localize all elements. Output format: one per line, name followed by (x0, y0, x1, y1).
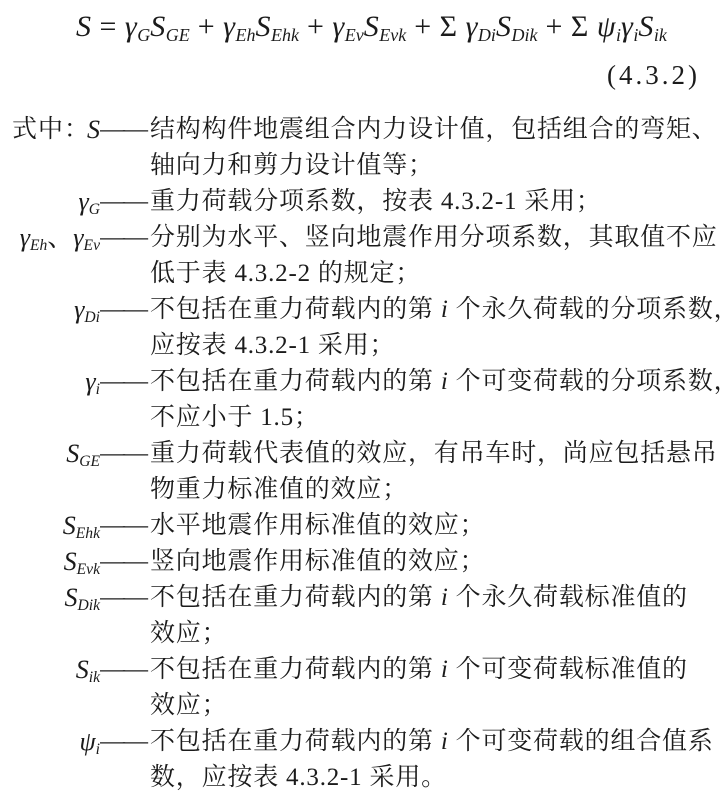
term-dash: —— (100, 112, 150, 148)
definition-line: 水平地震作用标准值的效应； (150, 508, 726, 544)
term-cell: SDik (0, 580, 100, 616)
term-symbol: SDik (64, 580, 100, 616)
definition-text: 重力荷载代表值的效应，有吊车时，尚应包括悬吊物重力标准值的效应； (150, 436, 726, 508)
definition-line: 效应； (150, 616, 726, 652)
term-symbol: γDi (74, 292, 100, 328)
definition-line: 低于表 4.3.2-2 的规定； (150, 256, 726, 292)
definition-text: 分别为水平、竖向地震作用分项系数，其取值不应低于表 4.3.2-2 的规定； (150, 220, 726, 292)
definition-entry: γEh、γEv——分别为水平、竖向地震作用分项系数，其取值不应低于表 4.3.2… (0, 220, 726, 292)
term-cell: γG (0, 184, 100, 220)
formula: S = γGSGE + γEhSEhk + γEvSEvk + Σ γDiSDi… (0, 0, 726, 56)
term-cell: γi (0, 364, 100, 400)
term-dash: —— (100, 184, 150, 220)
definition-text: 不包括在重力荷载内的第 i 个永久荷载标准值的效应； (150, 580, 726, 652)
definition-line: 不包括在重力荷载内的第 i 个可变荷载标准值的 (150, 652, 726, 688)
definition-line: 重力荷载分项系数，按表 4.3.2-1 采用； (150, 184, 726, 220)
definition-entry: γi——不包括在重力荷载内的第 i 个可变荷载的分项系数，不应小于 1.5； (0, 364, 726, 436)
term-symbol: Sik (76, 652, 100, 688)
definition-line: 数，应按表 4.3.2-1 采用。 (150, 760, 726, 796)
definition-line: 不包括在重力荷载内的第 i 个永久荷载标准值的 (150, 580, 726, 616)
definition-entry: SEvk——竖向地震作用标准值的效应； (0, 544, 726, 580)
term-cell: Sik (0, 652, 100, 688)
term-symbol: ψi (80, 724, 101, 760)
term-dash: —— (100, 544, 150, 580)
definition-line: 效应； (150, 688, 726, 724)
term-symbol: γi (85, 364, 100, 400)
term-dash: —— (100, 292, 150, 328)
term-dash: —— (100, 652, 150, 688)
definition-entry: ψi——不包括在重力荷载内的第 i 个可变荷载的组合值系数，应按表 4.3.2-… (0, 724, 726, 796)
definition-line: 分别为水平、竖向地震作用分项系数，其取值不应 (150, 220, 726, 256)
term-symbol: SEhk (63, 508, 100, 544)
term-dash: —— (100, 220, 150, 256)
definition-line: 不应小于 1.5； (150, 400, 726, 436)
definition-line: 应按表 4.3.2-1 采用； (150, 328, 726, 364)
definition-text: 不包括在重力荷载内的第 i 个可变荷载的分项系数，不应小于 1.5； (150, 364, 726, 436)
definition-entry: Sik——不包括在重力荷载内的第 i 个可变荷载标准值的效应； (0, 652, 726, 724)
definition-entry: γG——重力荷载分项系数，按表 4.3.2-1 采用； (0, 184, 726, 220)
term-cell: SEhk (0, 508, 100, 544)
equation-number: (4.3.2) (0, 60, 726, 100)
definition-entry: SGE——重力荷载代表值的效应，有吊车时，尚应包括悬吊物重力标准值的效应； (0, 436, 726, 508)
term-symbol: γG (78, 184, 100, 220)
term-cell: ψi (0, 724, 100, 760)
definition-line: 不包括在重力荷载内的第 i 个永久荷载的分项系数， (150, 292, 726, 328)
term-dash: —— (100, 580, 150, 616)
term-dash: —— (100, 436, 150, 472)
term-prefix: 式中： (12, 112, 90, 148)
term-symbol: γEh、γEv (20, 220, 100, 256)
definition-line: 竖向地震作用标准值的效应； (150, 544, 726, 580)
definition-text: 重力荷载分项系数，按表 4.3.2-1 采用； (150, 184, 726, 220)
term-symbol: SEvk (64, 544, 100, 580)
definition-line: 不包括在重力荷载内的第 i 个可变荷载的组合值系 (150, 724, 726, 760)
term-cell: γEh、γEv (0, 220, 100, 256)
definition-line: 不包括在重力荷载内的第 i 个可变荷载的分项系数， (150, 364, 726, 400)
definition-text: 不包括在重力荷载内的第 i 个可变荷载的组合值系数，应按表 4.3.2-1 采用… (150, 724, 726, 796)
definition-text: 竖向地震作用标准值的效应； (150, 544, 726, 580)
definition-text: 不包括在重力荷载内的第 i 个可变荷载标准值的效应； (150, 652, 726, 724)
definition-entry: γDi——不包括在重力荷载内的第 i 个永久荷载的分项系数，应按表 4.3.2-… (0, 292, 726, 364)
definition-text: 不包括在重力荷载内的第 i 个永久荷载的分项系数，应按表 4.3.2-1 采用； (150, 292, 726, 364)
term-cell: 式中：S (0, 112, 100, 148)
definition-text: 结构构件地震组合内力设计值，包括组合的弯矩、轴向力和剪力设计值等； (150, 112, 726, 184)
term-cell: γDi (0, 292, 100, 328)
term-cell: SEvk (0, 544, 100, 580)
definition-entry: 式中：S——结构构件地震组合内力设计值，包括组合的弯矩、轴向力和剪力设计值等； (0, 112, 726, 184)
term-cell: SGE (0, 436, 100, 472)
definition-list: 式中：S——结构构件地震组合内力设计值，包括组合的弯矩、轴向力和剪力设计值等；γ… (0, 112, 726, 796)
definition-entry: SDik——不包括在重力荷载内的第 i 个永久荷载标准值的效应； (0, 580, 726, 652)
term-dash: —— (100, 724, 150, 760)
definition-line: 轴向力和剪力设计值等； (150, 148, 726, 184)
definition-line: 重力荷载代表值的效应，有吊车时，尚应包括悬吊 (150, 436, 726, 472)
definition-line: 物重力标准值的效应； (150, 472, 726, 508)
definition-text: 水平地震作用标准值的效应； (150, 508, 726, 544)
term-dash: —— (100, 508, 150, 544)
document-page: S = γGSGE + γEhSEhk + γEvSEvk + Σ γDiSDi… (0, 0, 726, 807)
definition-line: 结构构件地震组合内力设计值，包括组合的弯矩、 (150, 112, 726, 148)
definition-entry: SEhk——水平地震作用标准值的效应； (0, 508, 726, 544)
term-dash: —— (100, 364, 150, 400)
term-symbol: SGE (66, 436, 100, 472)
